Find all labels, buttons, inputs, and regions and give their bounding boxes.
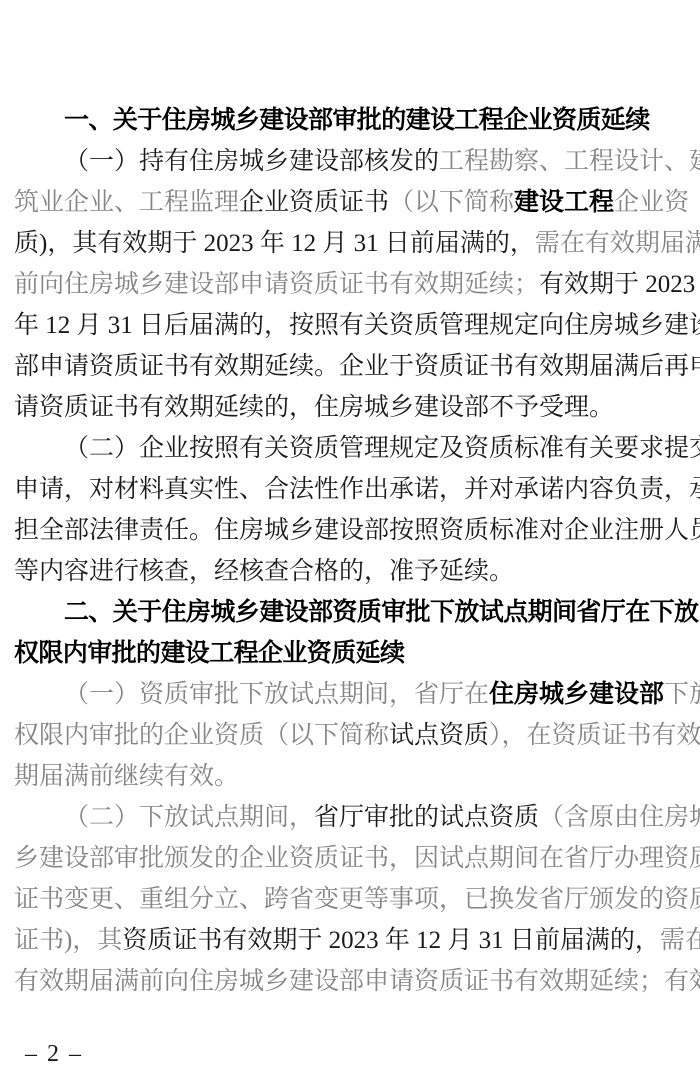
text-segment: 住房城乡建设部: [489, 681, 664, 708]
text-segment: 部申请资质证书有效期延续。企业于资质证书有效期届满后再申: [14, 353, 700, 380]
text-segment: 工程勘察、工程设计、建: [439, 148, 700, 175]
text-segment: 二、关于住房城乡建设部资质审批下放试点期间省厅在下放: [64, 598, 698, 626]
text-segment: 试点资质: [389, 722, 489, 749]
text-line: （二）企业按照有关资质管理规定及资质标准有关要求提交: [14, 428, 690, 469]
text-line: 部申请资质证书有效期延续。企业于资质证书有效期届满后再申: [14, 346, 690, 387]
text-segment: 期届满前继续有效。: [14, 763, 239, 790]
text-segment: 企业资: [614, 189, 689, 216]
text-line: 年 12 月 31 日后届满的，按照有关资质管理规定向住房城乡建设: [14, 305, 690, 346]
text-line: 权限内审批的企业资质（以下简称试点资质），在资质证书有效: [14, 715, 690, 756]
text-line: 质)，其有效期于 2023 年 12 月 31 日前届满的，需在有效期届满: [14, 223, 690, 264]
text-segment: 担全部法律责任。住房城乡建设部按照资质标准对企业注册人员: [14, 517, 700, 544]
text-segment: 筑业企业、工程监理: [14, 189, 239, 216]
text-line: 乡建设部审批颁发的企业资质证书，因试点期间在省厅办理资质: [14, 838, 690, 879]
text-line: 担全部法律责任。住房城乡建设部按照资质标准对企业注册人员: [14, 510, 690, 551]
text-segment: （以下简称: [389, 189, 514, 216]
text-segment: 需在: [660, 927, 700, 954]
text-segment: 权限内审批的建设工程企业资质延续: [14, 639, 404, 667]
text-segment: 证书变更、重组分立、跨省变更等事项，已换发省厅颁发的资质: [14, 886, 700, 913]
text-line: 有效期届满前向住房城乡建设部申请资质证书有效期延续；有效: [14, 961, 690, 1002]
text-segment: 质)，其有效期于 2023 年 12 月 31 日前届满的，: [14, 230, 535, 257]
text-segment: （二）下放试点期间，: [64, 804, 314, 831]
text-segment: 有效期届满前向住房城乡建设部申请资质证书有效期延续；有效: [14, 968, 700, 995]
text-segment: （一）资质审批下放试点期间，省厅在: [64, 681, 489, 708]
text-line: （一）资质审批下放试点期间，省厅在住房城乡建设部下放: [14, 674, 690, 715]
text-segment: 资质证书有效期于 2023 年 12 月 31 日前届满的，: [122, 927, 660, 954]
text-line: 等内容进行核查，经核查合格的，准予延续。: [14, 551, 690, 592]
page-number: – 2 –: [25, 1041, 83, 1068]
text-segment: 下放: [664, 681, 700, 708]
text-segment: 省厅审批的试点资质: [314, 804, 539, 831]
text-segment: 前向住房城乡建设部申请资质证书有效期延续；: [14, 271, 539, 298]
text-line: （二）下放试点期间，省厅审批的试点资质（含原由住房城: [14, 797, 690, 838]
text-segment: 企业资质证书: [239, 189, 389, 216]
document-body: 一、关于住房城乡建设部审批的建设工程企业资质延续（一）持有住房城乡建设部核发的工…: [14, 100, 690, 1002]
text-line: 前向住房城乡建设部申请资质证书有效期延续；有效期于 2023: [14, 264, 690, 305]
text-line: 申请，对材料真实性、合法性作出承诺，并对承诺内容负责，承: [14, 469, 690, 510]
heading-line: 权限内审批的建设工程企业资质延续: [14, 633, 690, 674]
text-segment: 有效期于 2023: [539, 271, 695, 298]
text-segment: ），在资质证书有效: [489, 722, 700, 749]
text-line: 证书)，其资质证书有效期于 2023 年 12 月 31 日前届满的，需在: [14, 920, 690, 961]
text-segment: 申请，对材料真实性、合法性作出承诺，并对承诺内容负责，承: [14, 476, 700, 503]
text-segment: （含原由住房城: [539, 804, 700, 831]
text-segment: 需在有效期届满: [535, 230, 700, 257]
text-segment: 年 12 月 31 日后届满的，按照有关资质管理规定向住房城乡建设: [14, 312, 700, 339]
text-segment: （二）企业按照有关资质管理规定及资质标准有关要求提交: [64, 435, 700, 462]
text-segment: 请资质证书有效期延续的，住房城乡建设部不予受理。: [14, 394, 614, 421]
text-segment: 乡建设部审批颁发的企业资质证书，因试点期间在省厅办理资质: [14, 845, 700, 872]
heading-line: 一、关于住房城乡建设部审批的建设工程企业资质延续: [14, 100, 690, 141]
document-page: 一、关于住房城乡建设部审批的建设工程企业资质延续（一）持有住房城乡建设部核发的工…: [0, 0, 700, 1073]
text-segment: 等内容进行核查，经核查合格的，准予延续。: [14, 558, 514, 585]
heading-line: 二、关于住房城乡建设部资质审批下放试点期间省厅在下放: [14, 592, 690, 633]
text-segment: 权限内审批的企业资质（以下简称: [14, 722, 389, 749]
text-segment: 一、关于住房城乡建设部审批的建设工程企业资质延续: [64, 106, 650, 134]
text-line: 证书变更、重组分立、跨省变更等事项，已换发省厅颁发的资质: [14, 879, 690, 920]
text-line: （一）持有住房城乡建设部核发的工程勘察、工程设计、建: [14, 141, 690, 182]
text-segment: 建设工程: [514, 189, 614, 216]
text-line: 筑业企业、工程监理企业资质证书（以下简称建设工程企业资: [14, 182, 690, 223]
text-segment: 证书)，其: [14, 927, 122, 954]
text-segment: （一）持有住房城乡建设部核发的: [64, 148, 439, 175]
text-line: 期届满前继续有效。: [14, 756, 690, 797]
text-line: 请资质证书有效期延续的，住房城乡建设部不予受理。: [14, 387, 690, 428]
